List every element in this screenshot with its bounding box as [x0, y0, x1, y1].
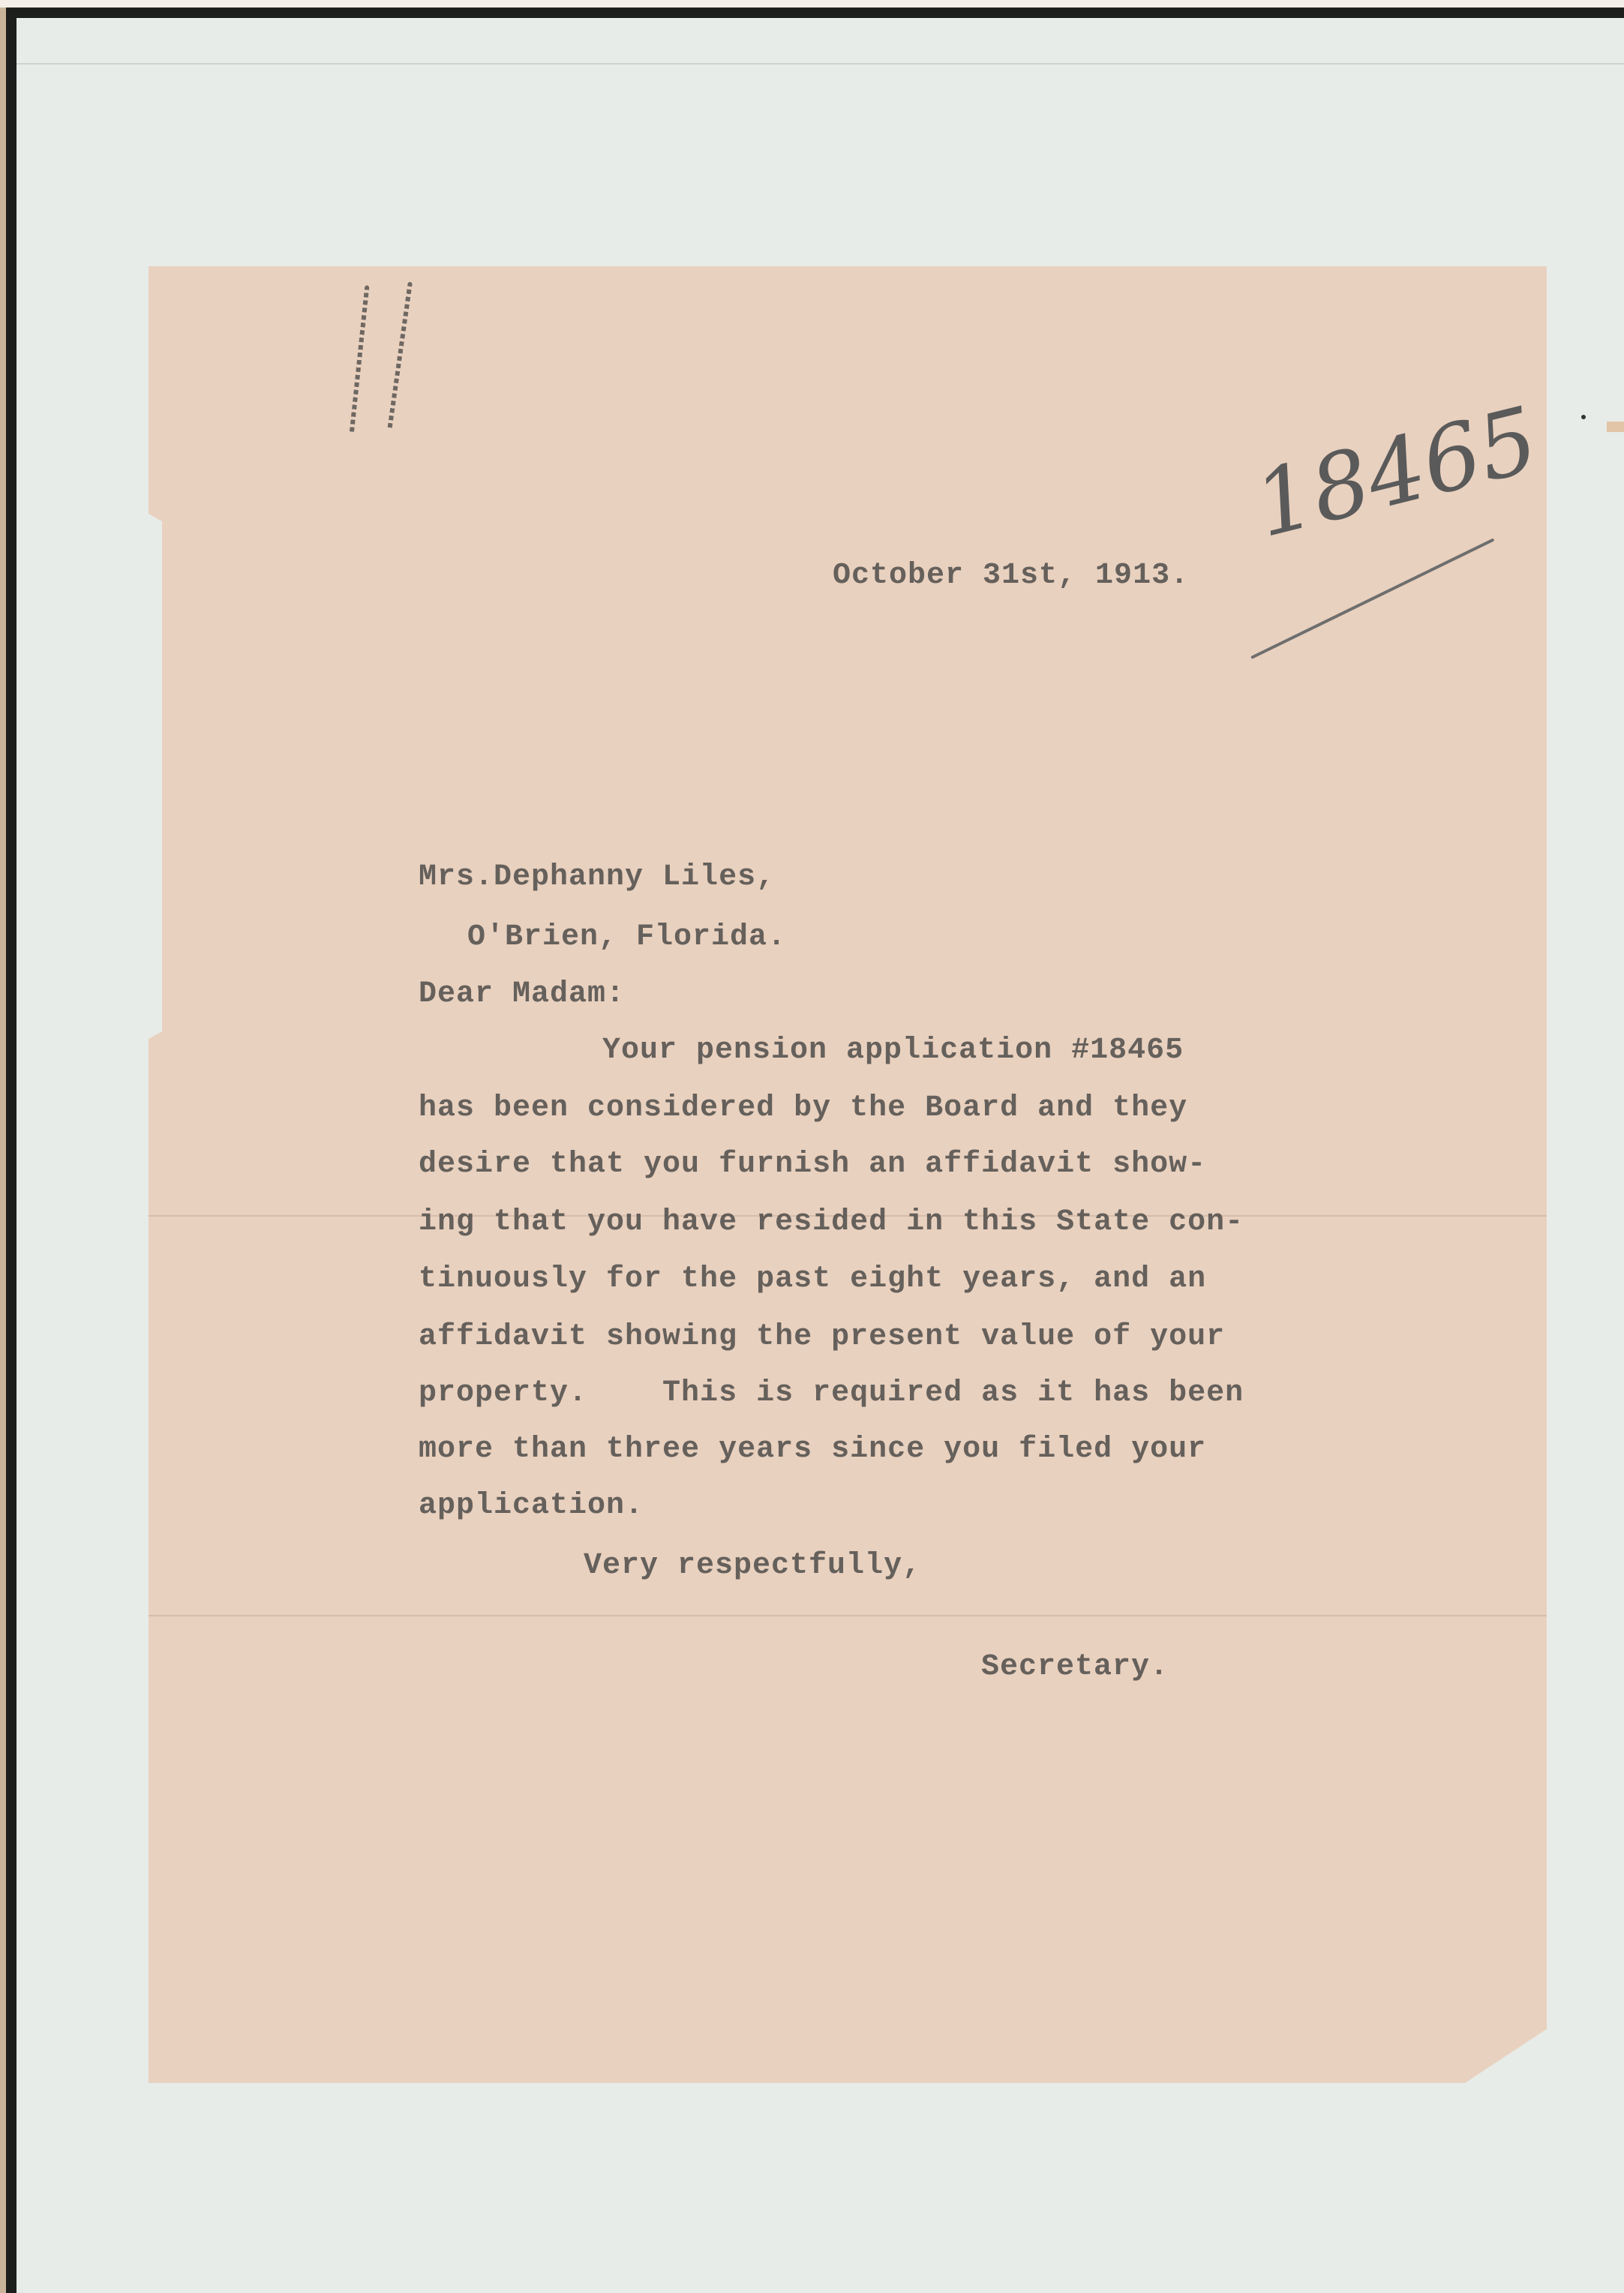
- letter-date: October 31st, 1913.: [833, 559, 1189, 593]
- closing: Very respectfully,: [584, 1549, 921, 1583]
- letter-page: October 31st, 1913. 18465 Mrs.Dephanny L…: [149, 266, 1547, 2083]
- speck: [1581, 415, 1586, 419]
- frame-border-top: [6, 8, 1624, 18]
- mat-line: [17, 63, 1624, 65]
- recipient-address: O'Brien, Florida.: [467, 920, 786, 954]
- body-line: affidavit showing the present value of y…: [419, 1320, 1225, 1354]
- body-line: Your pension application #18465: [602, 1034, 1184, 1067]
- body-line: desire that you furnish an affidavit sho…: [419, 1148, 1206, 1181]
- pencil-underline: [1250, 538, 1494, 659]
- scan-edge-top: [0, 0, 1624, 8]
- paperclip-mark: [387, 282, 413, 431]
- body-line: more than three years since you filed yo…: [419, 1433, 1206, 1466]
- signature-title: Secretary.: [981, 1650, 1169, 1684]
- paper-scrap: [1607, 422, 1624, 432]
- paperclip-mark: [350, 285, 370, 435]
- body-line: tinuously for the past eight years, and …: [419, 1262, 1206, 1296]
- handwritten-file-number: 18465: [1244, 388, 1547, 558]
- body-line: application.: [419, 1489, 644, 1523]
- body-line: property. This is required as it has bee…: [419, 1376, 1244, 1410]
- scan-edge-left: [0, 0, 6, 2293]
- body-line: has been considered by the Board and the…: [419, 1091, 1187, 1125]
- body-line: ing that you have resided in this State …: [419, 1205, 1244, 1239]
- salutation: Dear Madam:: [419, 977, 625, 1011]
- fold-crease: [149, 1615, 1547, 1616]
- recipient-name: Mrs.Dephanny Liles,: [419, 860, 775, 894]
- frame-border-left: [6, 8, 17, 2293]
